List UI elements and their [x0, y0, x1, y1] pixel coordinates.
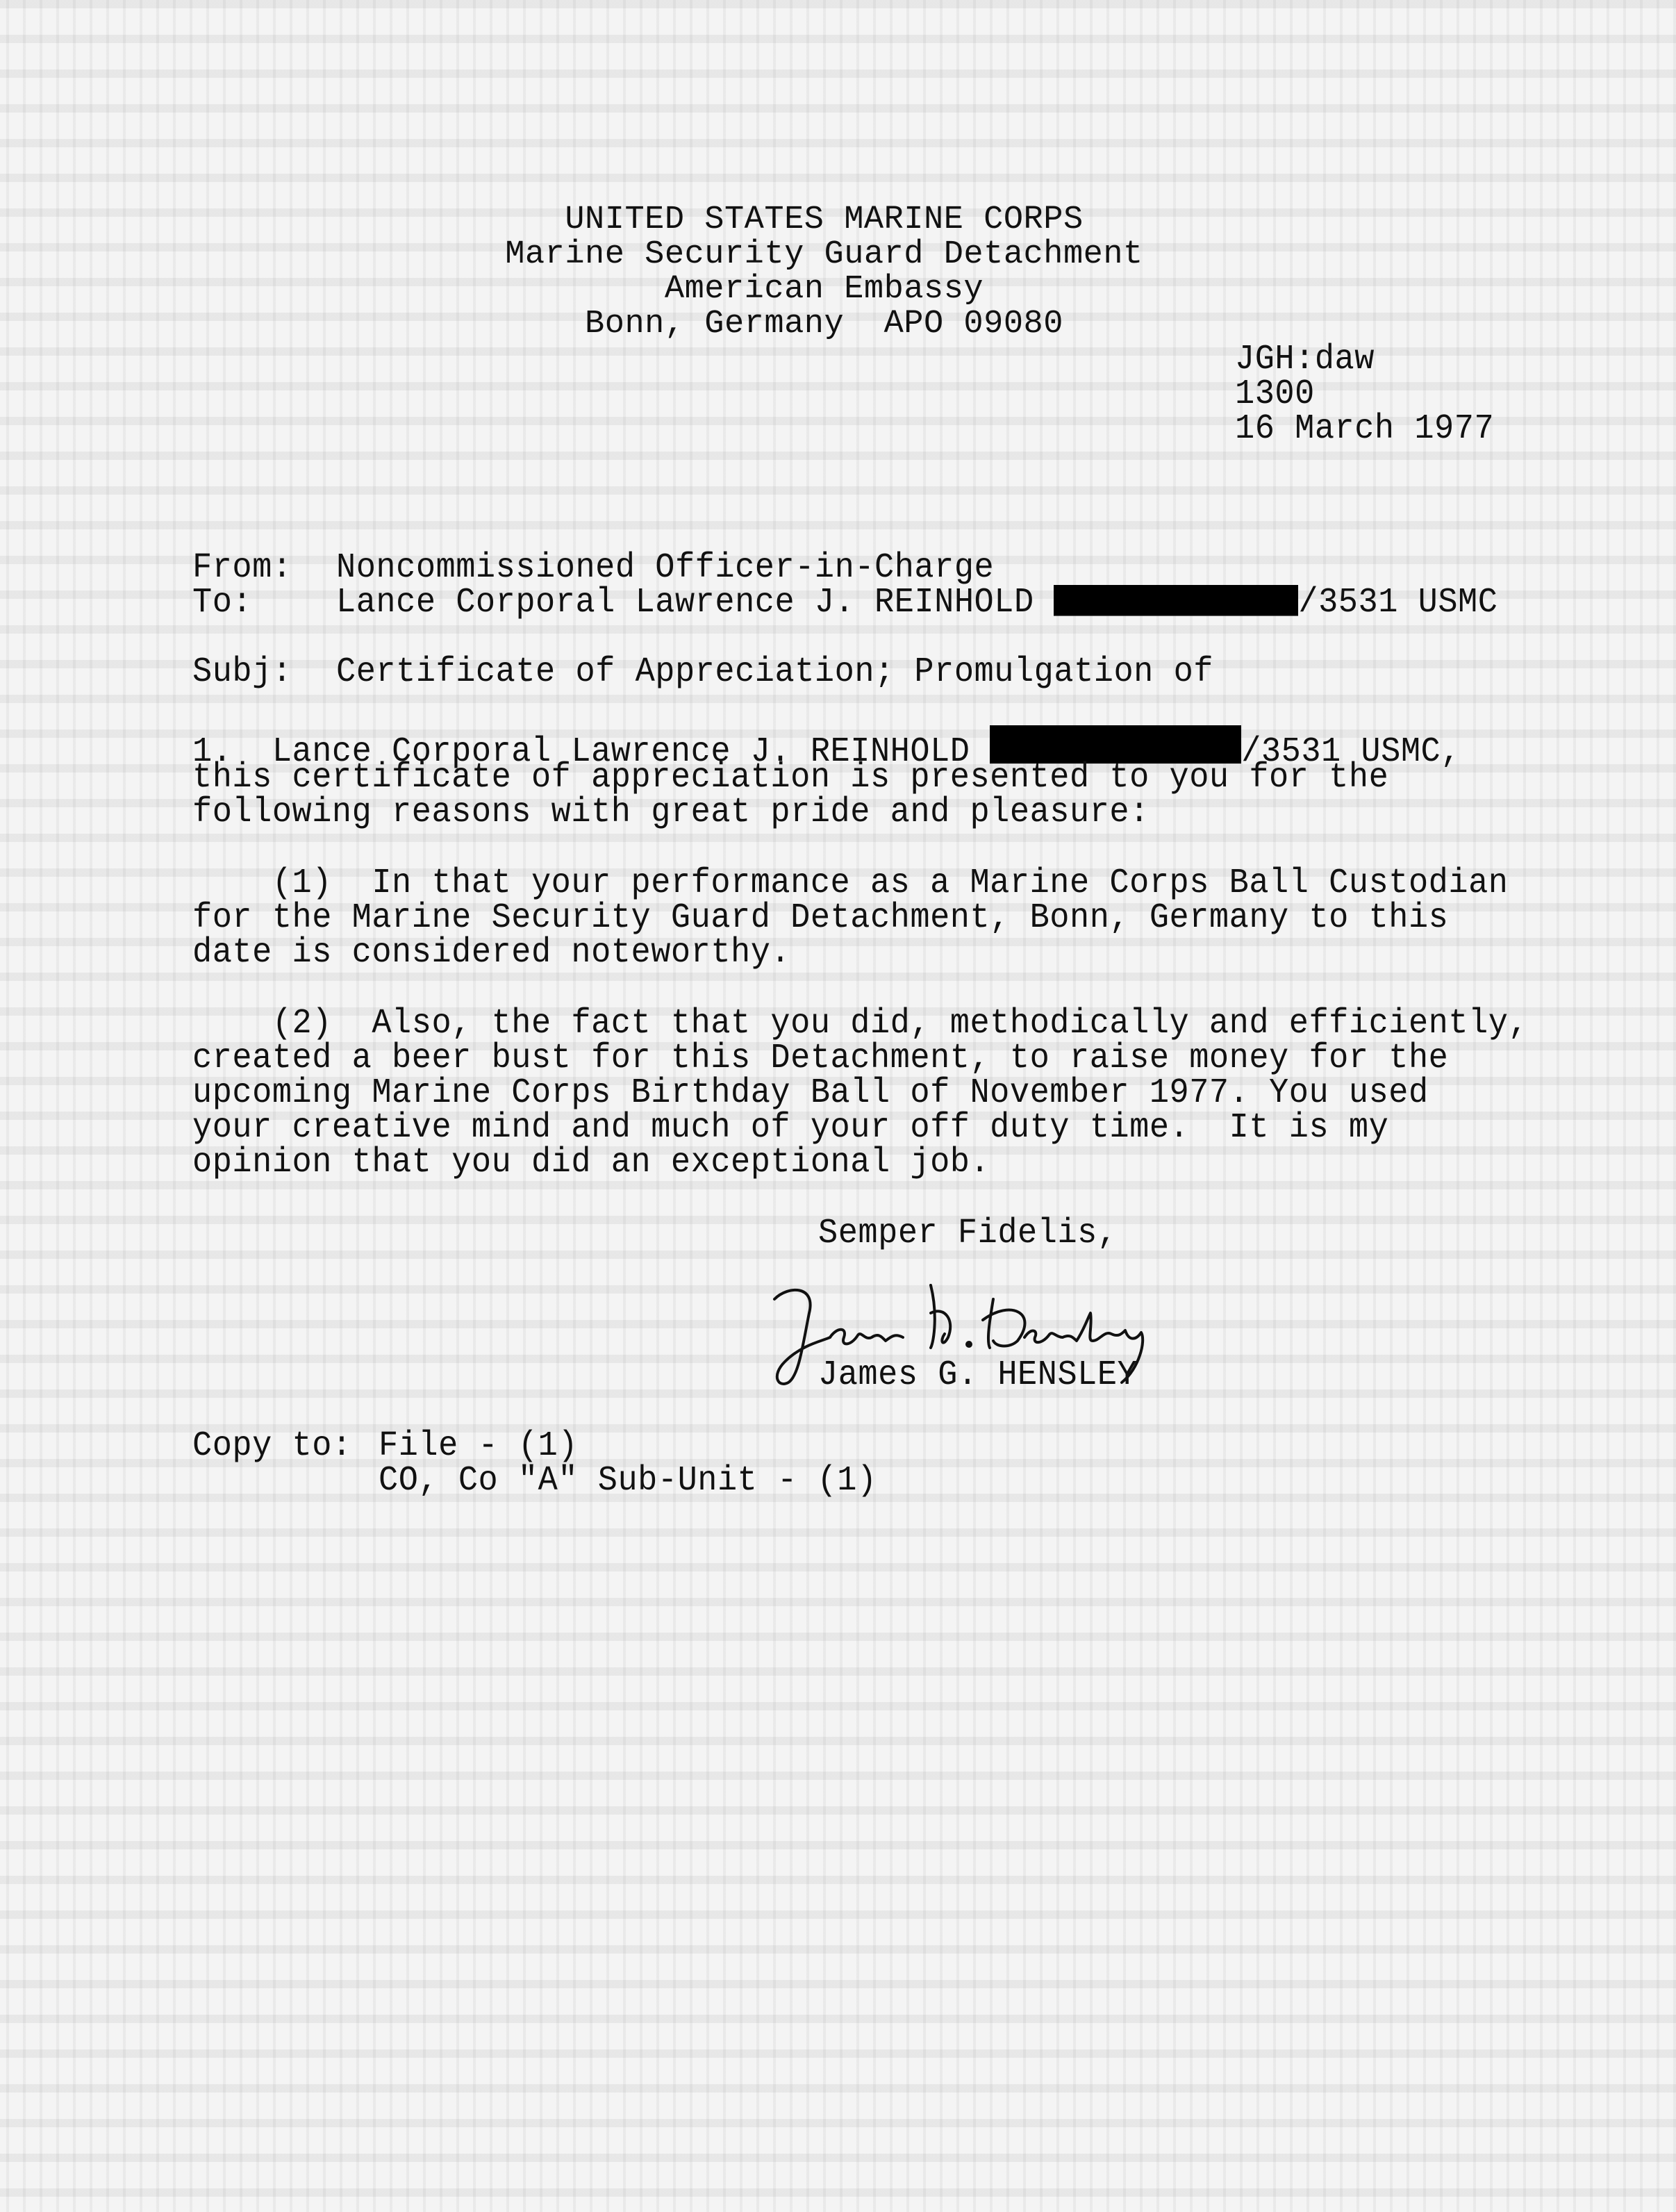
item2-line5: opinion that you did an exceptional job. [192, 1145, 990, 1182]
item2-line2: created a beer bust for this Detachment,… [192, 1041, 1448, 1078]
reference-date: 16 March 1977 [1235, 411, 1494, 448]
subj-value: Certificate of Appreciation; Promulgatio… [336, 654, 1213, 691]
copy-to-label: Copy to: [192, 1428, 352, 1465]
from-value: Noncommissioned Officer-in-Charge [336, 550, 994, 587]
from-label: From: [192, 550, 292, 587]
to-suffix: /3531 USMC [1298, 584, 1497, 622]
letterhead-org: UNITED STATES MARINE CORPS [0, 203, 1662, 238]
letter-page: UNITED STATES MARINE CORPS Marine Securi… [0, 0, 1676, 2212]
item1-line1: (1) In that your performance as a Marine… [192, 866, 1509, 902]
redaction-block [1054, 585, 1298, 616]
para1-line2: this certificate of appreciation is pres… [192, 760, 1388, 797]
to-value: Lance Corporal Lawrence J. REINHOLD /353… [336, 585, 1497, 622]
signer-name: James G. HENSLEY [818, 1357, 1137, 1394]
redaction-block [990, 725, 1241, 764]
copy-to-file: File - (1) [379, 1428, 578, 1465]
item2-line1: (2) Also, the fact that you did, methodi… [192, 1006, 1528, 1043]
item2-line4: your creative mind and much of your off … [192, 1110, 1388, 1147]
reference-initials: JGH:daw [1235, 342, 1375, 379]
reference-code: 1300 [1235, 377, 1315, 413]
item1-line3: date is considered noteworthy. [192, 935, 790, 972]
letterhead-embassy: American Embassy [0, 272, 1662, 307]
letterhead-address: Bonn, Germany APO 09080 [0, 307, 1662, 342]
closing-salutation: Semper Fidelis, [818, 1216, 1118, 1253]
item2-line3: upcoming Marine Corps Birthday Ball of N… [192, 1075, 1429, 1112]
copy-to-co: CO, Co "A" Sub-Unit - (1) [379, 1463, 877, 1500]
to-name: Lance Corporal Lawrence J. REINHOLD [336, 584, 1034, 622]
letterhead-unit: Marine Security Guard Detachment [0, 238, 1662, 272]
para1-line3: following reasons with great pride and p… [192, 795, 1150, 832]
subj-label: Subj: [192, 654, 292, 691]
to-label: To: [192, 585, 252, 622]
item1-line2: for the Marine Security Guard Detachment… [192, 900, 1448, 937]
